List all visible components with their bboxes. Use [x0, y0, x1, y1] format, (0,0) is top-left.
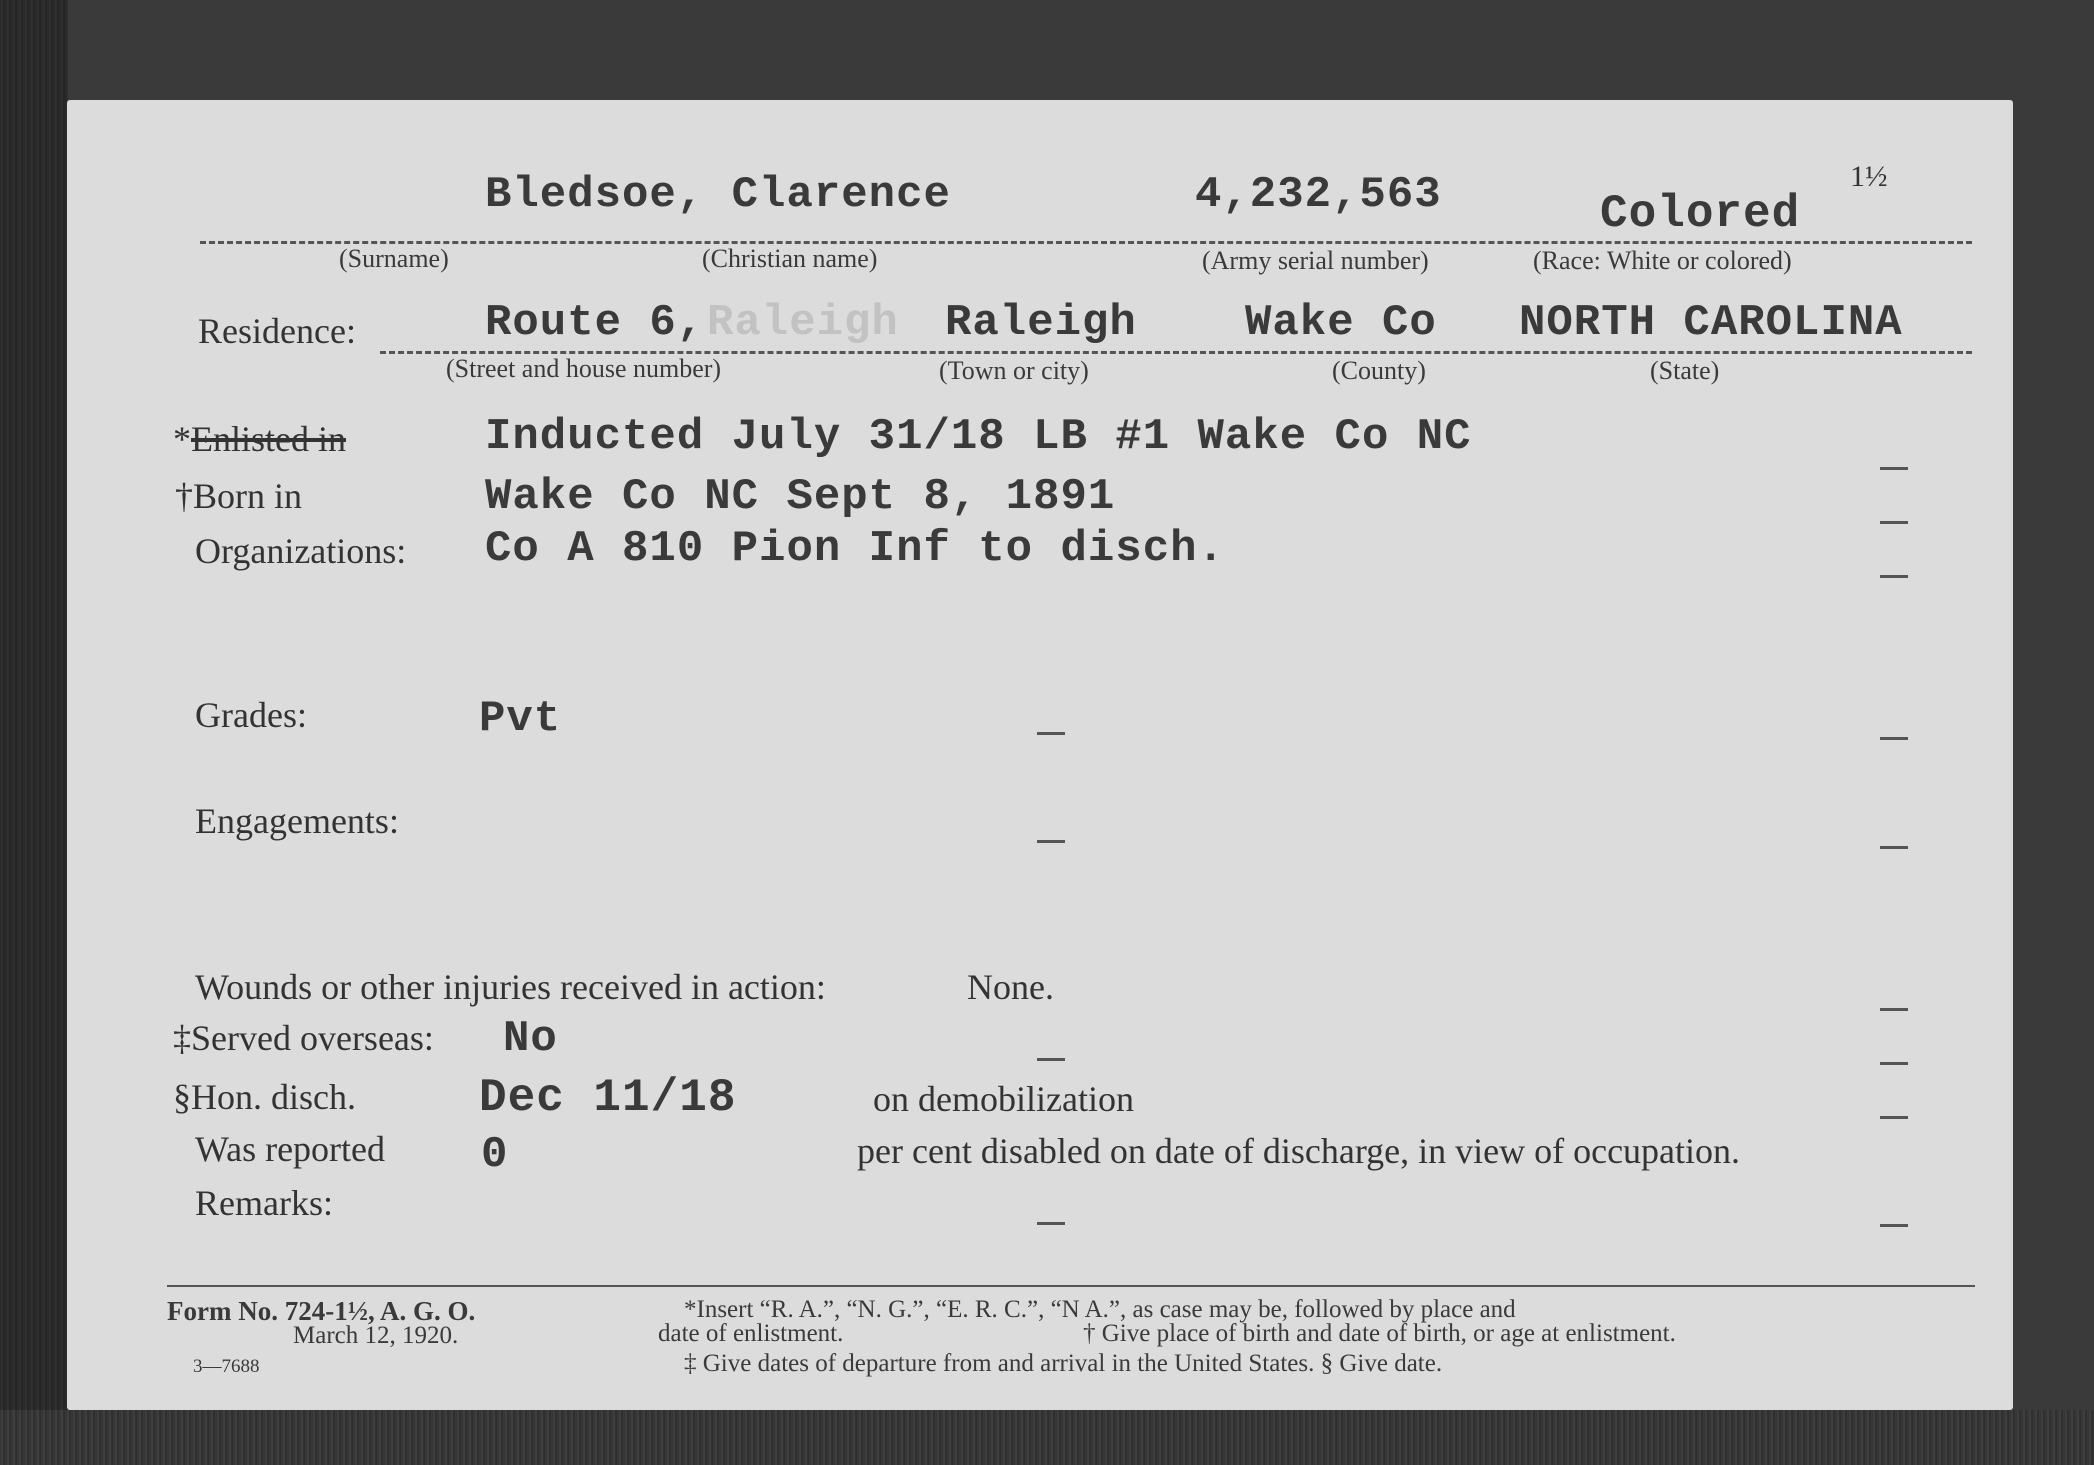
form-date: March 12, 1920.: [293, 1322, 458, 1350]
margin-tick: [1880, 737, 1908, 740]
discharge-label: §Hon. disch.: [173, 1076, 356, 1118]
wounds-value: None.: [967, 966, 1054, 1008]
disability-suffix: per cent disabled on date of discharge, …: [857, 1130, 1740, 1172]
dagger-marker: †: [175, 476, 193, 516]
margin-tick: [1880, 1008, 1908, 1011]
overseas-label-text: Served overseas:: [191, 1018, 434, 1058]
middle-tick: [1037, 840, 1065, 843]
asterisk-marker: *: [173, 419, 191, 459]
double-dagger-marker: ‡: [173, 1018, 191, 1058]
discharge-value: Dec 11/18: [479, 1072, 736, 1124]
disability-value: 0: [481, 1130, 508, 1180]
footnote-line-3: ‡ Give dates of departure from and arriv…: [684, 1350, 1442, 1378]
background-left-edge: [0, 0, 68, 1465]
residence-street-erased: Raleigh: [707, 298, 899, 348]
margin-tick: [1880, 1062, 1908, 1065]
enlisted-label-text: Enlisted in: [191, 419, 346, 459]
margin-tick: [1880, 521, 1908, 524]
margin-tick: [1880, 846, 1908, 849]
born-label: †Born in: [175, 475, 302, 517]
enlisted-label: *Enlisted in: [173, 418, 346, 460]
footnote-line-2a: date of enlistment.: [658, 1320, 843, 1348]
corner-mark: 1½: [1850, 160, 1888, 194]
residence-town: Raleigh: [945, 298, 1137, 348]
middle-tick: [1037, 1058, 1065, 1061]
county-caption: (County): [1332, 356, 1426, 386]
engagements-label: Engagements:: [195, 800, 399, 842]
wounds-label: Wounds or other injuries received in act…: [195, 966, 826, 1008]
name-value: Bledsoe, Clarence: [485, 170, 951, 220]
state-caption: (State): [1650, 356, 1719, 386]
race-caption: (Race: White or colored): [1533, 246, 1792, 276]
residence-state: NORTH CAROLINA: [1519, 298, 1903, 348]
grades-value: Pvt: [479, 694, 561, 744]
background-bottom-edge: [0, 1410, 2094, 1465]
footer-rule: [167, 1285, 1975, 1287]
residence-label: Residence:: [198, 310, 356, 352]
street-caption: (Street and house number): [446, 354, 721, 384]
print-code: 3—7688: [193, 1356, 260, 1378]
organizations-value: Co A 810 Pion Inf to disch.: [485, 524, 1225, 574]
service-record-card: 1½ Bledsoe, Clarence 4,232,563 Colored (…: [67, 100, 2013, 1410]
middle-tick: [1037, 1222, 1065, 1225]
margin-tick: [1880, 575, 1908, 578]
christian-name-caption: (Christian name): [702, 244, 877, 274]
race-value: Colored: [1600, 188, 1800, 240]
disability-label: Was reported: [195, 1128, 385, 1170]
middle-tick: [1037, 732, 1065, 735]
grades-label: Grades:: [195, 694, 307, 736]
residence-county: Wake Co: [1245, 298, 1437, 348]
overseas-value: No: [503, 1014, 558, 1064]
margin-tick: [1880, 1224, 1908, 1227]
born-label-text: Born in: [193, 476, 302, 516]
surname-caption: (Surname): [339, 244, 449, 274]
overseas-label: ‡Served overseas:: [173, 1017, 434, 1059]
discharge-label-text: Hon. disch.: [191, 1077, 356, 1117]
remarks-label: Remarks:: [195, 1182, 333, 1224]
organizations-label: Organizations:: [195, 530, 406, 572]
town-caption: (Town or city): [939, 356, 1089, 386]
residence-street: Route 6,: [485, 298, 704, 348]
margin-tick: [1880, 1116, 1908, 1119]
margin-tick: [1880, 467, 1908, 470]
enlisted-value: Inducted July 31/18 LB #1 Wake Co NC: [485, 412, 1472, 462]
footnote-line-2b: † Give place of birth and date of birth,…: [1083, 1320, 1676, 1348]
born-value: Wake Co NC Sept 8, 1891: [485, 472, 1115, 522]
serial-value: 4,232,563: [1195, 170, 1442, 220]
discharge-suffix: on demobilization: [873, 1078, 1134, 1120]
serial-caption: (Army serial number): [1202, 246, 1429, 276]
name-line: [200, 241, 1972, 244]
section-marker: §: [173, 1077, 191, 1117]
